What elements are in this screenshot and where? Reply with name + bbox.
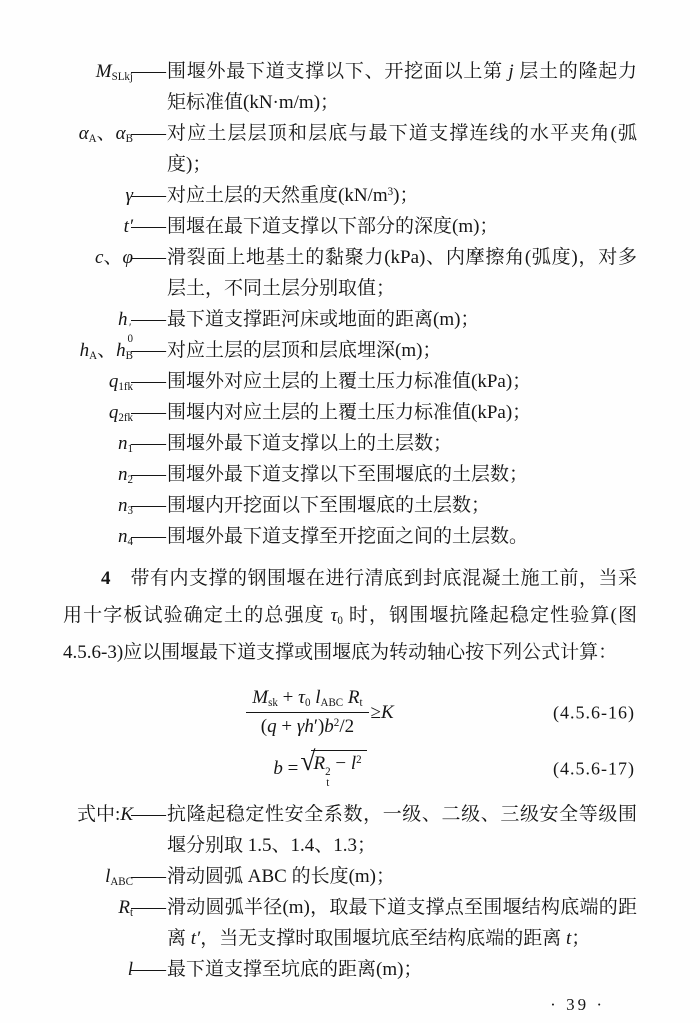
symbol-definition-text: 滑动圆弧半径(m)，取最下道支撑点至围堰结构底端的距离 t′，当无支撑时取围堰坑… xyxy=(167,897,637,949)
page-content: MSLkj——围堰外最下道支撑以下、开挖面以上第 j 层土的隆起力矩标准值(kN… xyxy=(63,56,637,1015)
symbol-definition-item: q1fk——围堰外对应土层的上覆土压力标准值(kPa)； xyxy=(63,366,637,397)
fraction-numerator: Msk + τ0 lABC Rt xyxy=(246,687,368,713)
definition-dash: —— xyxy=(131,56,169,87)
symbol-definition-item: αA、αB——对应土层层顶和层底与最下道支撑连线的水平夹角(弧度)； xyxy=(63,118,637,180)
symbol-definition-text: 围堰外最下道支撑至开挖面之间的土层数。 xyxy=(167,526,528,547)
symbol-definition-item: n2——围堰外最下道支撑以下至围堰底的土层数； xyxy=(63,459,637,490)
symbol-definition-text: 围堰外最下道支撑以上的土层数； xyxy=(167,433,452,454)
symbol-term: l xyxy=(63,954,133,985)
symbol-definition-item: c、φ——滑裂面上地基土的黏聚力(kPa)、内摩擦角(弧度)，对多层土，不同土层… xyxy=(63,242,637,304)
symbol-definition-list-bottom: 式中:K——抗隆起稳定性安全系数，一级、二级、三级安全等级围堰分别取 1.5、1… xyxy=(63,799,637,985)
symbol-definition-item: MSLkj——围堰外最下道支撑以下、开挖面以上第 j 层土的隆起力矩标准值(kN… xyxy=(63,56,637,118)
symbol-definition-text: 滑裂面上地基土的黏聚力(kPa)、内摩擦角(弧度)，对多层土，不同土层分别取值； xyxy=(167,247,637,299)
equation-4-5-6-17: b = √ R2t − l2 (4.5.6-17) xyxy=(63,750,637,789)
symbol-term: n4 xyxy=(63,521,133,552)
symbol-definition-item: n1——围堰外最下道支撑以上的土层数； xyxy=(63,428,637,459)
inequality-relation: ≥K xyxy=(371,702,394,724)
symbol-definition-item: hA、hB——对应土层的层顶和层底埋深(m)； xyxy=(63,335,637,366)
symbol-definition-text: 滑动圆弧 ABC 的长度(m)； xyxy=(167,866,395,887)
symbol-definition-text: 最下道支撑至坑底的距离(m)； xyxy=(167,959,422,980)
definition-dash: —— xyxy=(131,954,169,985)
symbol-term: αA、αB xyxy=(63,118,133,149)
symbol-term: γ xyxy=(63,180,133,211)
symbol-term: 式中:K xyxy=(63,799,133,830)
equation-body: Msk + τ0 lABC Rt (q + γh′)b2/2 ≥K xyxy=(246,687,393,738)
definition-dash: —— xyxy=(131,892,169,923)
symbol-definition-item: t′——围堰在最下道支撑以下部分的深度(m)； xyxy=(63,211,637,242)
definition-dash: —— xyxy=(131,118,169,149)
symbol-definition-text: 最下道支撑距河床或地面的距离(m)； xyxy=(167,309,479,330)
equation-number: (4.5.6-16) xyxy=(553,702,635,723)
equation-number: (4.5.6-17) xyxy=(553,759,635,780)
definition-dash: —— xyxy=(131,335,169,366)
symbol-term: lABC xyxy=(63,861,133,892)
symbol-term: MSLkj xyxy=(63,56,133,87)
symbol-definition-text: 对应土层层顶和层底与最下道支撑连线的水平夹角(弧度)； xyxy=(167,123,637,175)
symbol-definition-text: 围堰内开挖面以下至围堰底的土层数； xyxy=(167,495,490,516)
equation-lhs: b = xyxy=(273,758,298,780)
symbol-definition-item: Rt——滑动圆弧半径(m)，取最下道支撑点至围堰结构底端的距离 t′，当无支撑时… xyxy=(63,892,637,954)
definition-dash: —— xyxy=(131,799,169,830)
definition-dash: —— xyxy=(131,428,169,459)
radicand: R2t − l2 xyxy=(311,750,366,789)
symbol-definition-item: lABC——滑动圆弧 ABC 的长度(m)； xyxy=(63,861,637,892)
symbol-term: c、φ xyxy=(63,242,133,273)
symbol-term: n1 xyxy=(63,428,133,459)
fraction: Msk + τ0 lABC Rt (q + γh′)b2/2 xyxy=(246,687,368,738)
fraction-denominator: (q + γh′)b2/2 xyxy=(246,713,368,738)
radical-sign-icon: √ xyxy=(300,749,315,774)
symbol-term: hA、hB xyxy=(63,335,133,366)
definition-dash: —— xyxy=(131,366,169,397)
symbol-term: Rt xyxy=(63,892,133,923)
symbol-definition-item: γ——对应土层的天然重度(kN/m3)； xyxy=(63,180,637,211)
definition-dash: —— xyxy=(131,211,169,242)
clause-4-paragraph: 4 带有内支撑的钢围堰在进行清底到封底混凝土施工前，当采用十字板试验确定土的总强… xyxy=(63,560,637,671)
symbol-definition-item: h′0——最下道支撑距河床或地面的距离(m)； xyxy=(63,304,637,335)
definition-dash: —— xyxy=(131,459,169,490)
symbol-definition-text: 围堰外最下道支撑以下至围堰底的土层数； xyxy=(167,464,528,485)
symbol-definition-text: 抗隆起稳定性安全系数，一级、二级、三级安全等级围堰分别取 1.5、1.4、1.3… xyxy=(167,804,637,856)
symbol-definition-item: n4——围堰外最下道支撑至开挖面之间的土层数。 xyxy=(63,521,637,552)
symbol-term: t′ xyxy=(63,211,133,242)
definition-dash: —— xyxy=(131,242,169,273)
symbol-definition-text: 围堰外对应土层的上覆土压力标准值(kPa)； xyxy=(167,371,531,392)
equation-4-5-6-16: Msk + τ0 lABC Rt (q + γh′)b2/2 ≥K (4.5.6… xyxy=(63,687,637,738)
symbol-term: n2 xyxy=(63,459,133,490)
definition-dash: —— xyxy=(131,304,169,335)
symbol-definition-list-top: MSLkj——围堰外最下道支撑以下、开挖面以上第 j 层土的隆起力矩标准值(kN… xyxy=(63,56,637,552)
definition-dash: —— xyxy=(131,180,169,211)
symbol-definition-text: 围堰内对应土层的上覆土压力标准值(kPa)； xyxy=(167,402,531,423)
symbol-definition-item: l——最下道支撑至坑底的距离(m)； xyxy=(63,954,637,985)
symbol-definition-text: 对应土层的层顶和层底埋深(m)； xyxy=(167,340,441,361)
page-number-text: · 39 · xyxy=(550,995,605,1014)
definition-dash: —— xyxy=(131,490,169,521)
equation-body: b = √ R2t − l2 xyxy=(273,750,366,789)
square-root: √ R2t − l2 xyxy=(300,750,366,789)
symbol-term: q2fk xyxy=(63,397,133,428)
symbol-definition-item: n3——围堰内开挖面以下至围堰底的土层数； xyxy=(63,490,637,521)
document-page: MSLkj——围堰外最下道支撑以下、开挖面以上第 j 层土的隆起力矩标准值(kN… xyxy=(0,0,700,1023)
symbol-definition-text: 围堰在最下道支撑以下部分的深度(m)； xyxy=(167,216,498,237)
symbol-term: n3 xyxy=(63,490,133,521)
symbol-definition-text: 对应土层的天然重度(kN/m3)； xyxy=(167,185,418,206)
symbol-term: q1fk xyxy=(63,366,133,397)
symbol-definition-item: q2fk——围堰内对应土层的上覆土压力标准值(kPa)； xyxy=(63,397,637,428)
definition-dash: —— xyxy=(131,521,169,552)
definition-dash: —— xyxy=(131,397,169,428)
page-number: · 39 · xyxy=(63,995,637,1015)
definition-dash: —— xyxy=(131,861,169,892)
symbol-definition-item: 式中:K——抗隆起稳定性安全系数，一级、二级、三级安全等级围堰分别取 1.5、1… xyxy=(63,799,637,861)
symbol-definition-text: 围堰外最下道支撑以下、开挖面以上第 j 层土的隆起力矩标准值(kN·m/m)； xyxy=(167,61,637,113)
